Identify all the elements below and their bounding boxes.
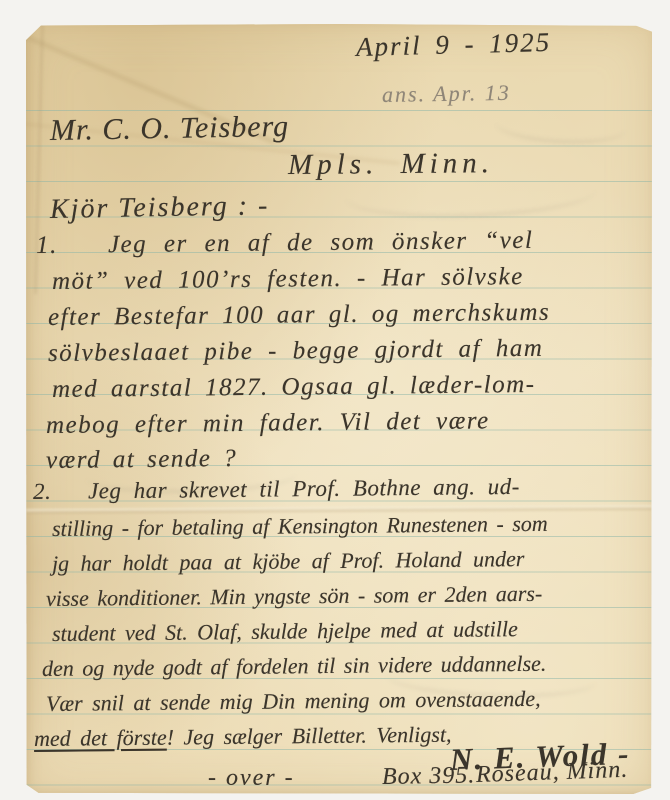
body-2-8: med det förste! Jeg sælger Billetter. Ve…: [34, 722, 452, 752]
body-2-1: 2. Jeg har skrevet til Prof. Bothne ang.…: [33, 474, 520, 505]
letter-paper: April 9 - 1925ans. Apr. 13Mr. C. O. Teis…: [26, 24, 652, 794]
page-note-over: - over -: [208, 765, 295, 792]
letter-text: April 9 - 1925ans. Apr. 13Mr. C. O. Teis…: [26, 24, 652, 794]
body-1-7: værd at sende ?: [46, 445, 237, 475]
recipient-city: Mpls. Minn.: [288, 147, 494, 182]
date-line: April 9 - 1925: [356, 27, 552, 63]
scan-background: April 9 - 1925ans. Apr. 13Mr. C. O. Teis…: [0, 0, 670, 800]
received-note: ans. Apr. 13: [382, 80, 511, 108]
body-2-3: jg har holdt paa at kjöbe af Prof. Holan…: [52, 546, 525, 577]
body-1-5: med aarstal 1827. Ogsaa gl. læder-lom-: [52, 371, 536, 404]
body-1-6: mebog efter min fader. Vil det være: [46, 407, 490, 440]
body-2-2: stilling - for betaling af Kensington Ru…: [52, 511, 548, 542]
body-2-6: den og nyde godt af fordelen til sin vid…: [42, 651, 547, 682]
body-1-3: efter Bestefar 100 aar gl. og merchskums: [48, 299, 550, 332]
recipient-line: Mr. C. O. Teisberg: [50, 110, 290, 148]
signature-city: Roseau, Minn.: [476, 757, 629, 789]
body-1-4: sölvbeslaaet pibe - begge gjordt af ham: [48, 335, 544, 368]
body-1-2: möt” ved 100’rs festen. - Har sölvske: [52, 263, 524, 296]
signature-address: Box 395.: [382, 762, 476, 791]
body-2-5: student ved St. Olaf, skulde hjelpe med …: [52, 616, 518, 647]
body-2-7: Vær snil at sende mig Din mening om oven…: [46, 686, 541, 717]
body-1-1: 1. Jeg er en af de som önsker “vel: [36, 227, 534, 260]
underlined-phrase: med det förste: [34, 725, 167, 751]
body-2-4: visse konditioner. Min yngste sön - som …: [46, 581, 543, 612]
salutation: Kjör Teisberg : -: [50, 190, 270, 226]
